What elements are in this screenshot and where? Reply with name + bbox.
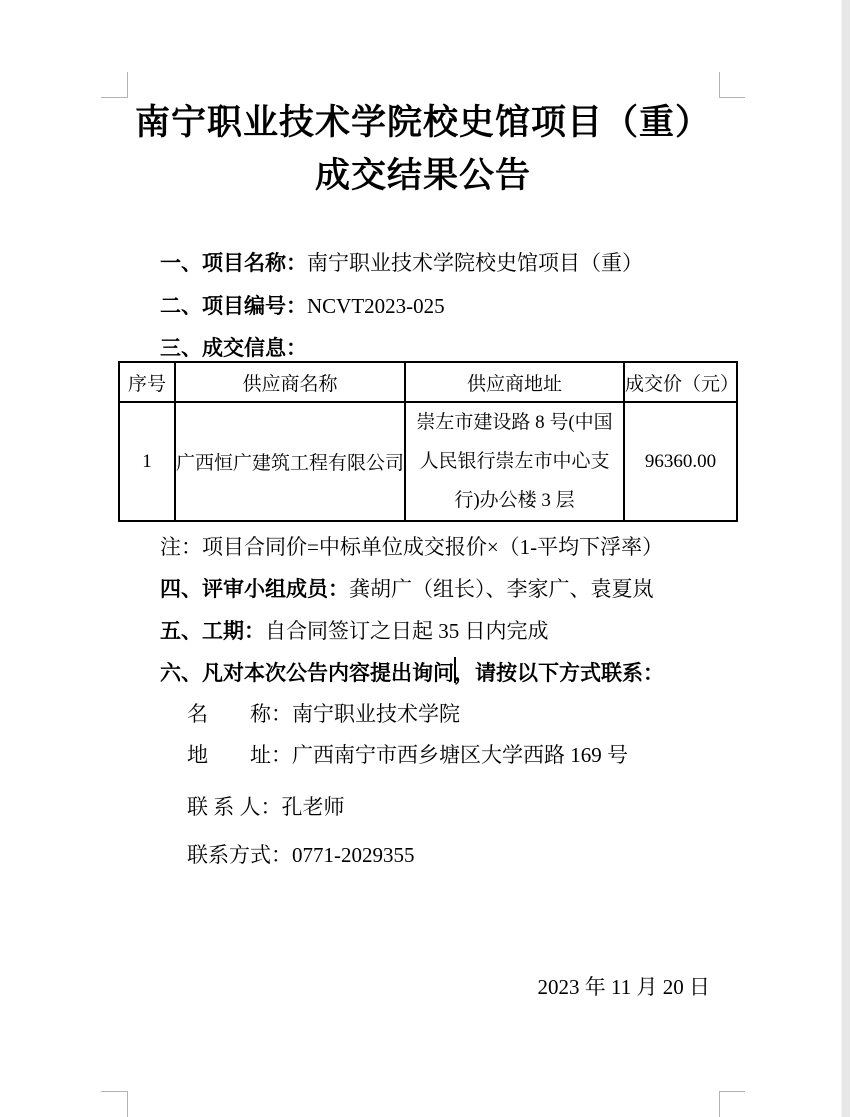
contact-person-label: 联 系 人： [187,795,282,819]
document-title-line2: 成交结果公告 [127,155,719,197]
contract-price-note: 注：项目合同价=中标单位成交报价×（1-平均下浮率） [127,535,752,559]
section-project-name-value: 南宁职业技术学院校史馆项目（重） [307,251,643,275]
document-title-line1: 南宁职业技术学院校史馆项目（重） [127,102,719,144]
section-review-panel-label: 四、评审小组成员： [160,577,349,601]
section-project-number-value: NCVT2023-025 [307,294,445,318]
table-cell-address: 崇左市建设路 8 号(中国人民银行崇左市中心支行)办公楼 3 层 [405,402,624,521]
contact-person-value: 孔老师 [282,795,345,819]
crop-mark-bottom-left [101,1091,128,1117]
section-project-number-label: 二、项目编号： [160,294,307,318]
crop-mark-top-right [719,72,745,98]
crop-mark-top-left [101,72,128,98]
award-result-table: 序号 供应商名称 供应商地址 成交价（元） 1 广西恒广建筑工程有限公司 崇左市… [118,361,738,522]
table-row: 1 广西恒广建筑工程有限公司 崇左市建设路 8 号(中国人民银行崇左市中心支行)… [119,402,737,521]
section-review-panel-value: 龚胡广（组长）、李家广、袁夏岚 [349,577,654,601]
section-award-info-label: 三、成交信息： [160,336,307,360]
contact-phone-line: 联系方式：0771-2029355 [127,843,779,867]
section-contact-intro-label: 六、凡对本次公告内容提出询问， [160,661,475,685]
table-header-address: 供应商地址 [405,362,624,402]
section-award-info: 三、成交信息： [127,336,752,360]
table-header-price: 成交价（元） [624,362,737,402]
window-background-strip [841,0,850,1117]
table-cell-address-text: 崇左市建设路 8 号(中国人民银行崇左市中心支行)办公楼 3 层 [406,403,623,520]
section-duration: 五、工期：自合同签订之日起 35 日内完成 [127,619,752,643]
text-cursor [454,657,456,683]
contact-phone-label: 联系方式： [187,843,292,867]
section-project-name-label: 一、项目名称： [160,251,307,275]
document-page: 南宁职业技术学院校史馆项目（重） 成交结果公告 一、项目名称：南宁职业技术学院校… [0,0,841,1117]
contact-name-line: 名 称：南宁职业技术学院 [127,702,779,726]
table-cell-price: 96360.00 [624,402,737,521]
table-header-row: 序号 供应商名称 供应商地址 成交价（元） [119,362,737,402]
contact-person-line: 联 系 人：孔老师 [127,795,779,819]
section-project-name: 一、项目名称：南宁职业技术学院校史馆项目（重） [127,251,752,275]
table-cell-seq: 1 [119,402,175,521]
section-review-panel: 四、评审小组成员：龚胡广（组长）、李家广、袁夏岚 [127,577,752,601]
contact-address-line: 地 址：广西南宁市西乡塘区大学西路 169 号 [127,743,779,767]
section-duration-label: 五、工期： [160,619,265,643]
table-header-supplier: 供应商名称 [175,362,405,402]
contact-address-value: 广西南宁市西乡塘区大学西路 169 号 [292,743,628,767]
section-duration-value: 自合同签订之日起 35 日内完成 [265,619,549,643]
section-contact-intro: 六、凡对本次公告内容提出询问，请按以下方式联系： [127,661,752,685]
section-project-number: 二、项目编号：NCVT2023-025 [127,294,752,318]
announcement-date: 2023 年 11 月 20 日 [127,971,719,1001]
contact-address-label: 地 址： [187,743,292,767]
contact-phone-value: 0771-2029355 [292,843,415,867]
table-cell-supplier: 广西恒广建筑工程有限公司 [175,402,405,521]
table-header-seq: 序号 [119,362,175,402]
section-contact-intro-value: 请按以下方式联系： [475,661,664,685]
contact-name-label: 名 称： [187,702,292,726]
contact-name-value: 南宁职业技术学院 [292,702,460,726]
crop-mark-bottom-right [719,1091,745,1117]
